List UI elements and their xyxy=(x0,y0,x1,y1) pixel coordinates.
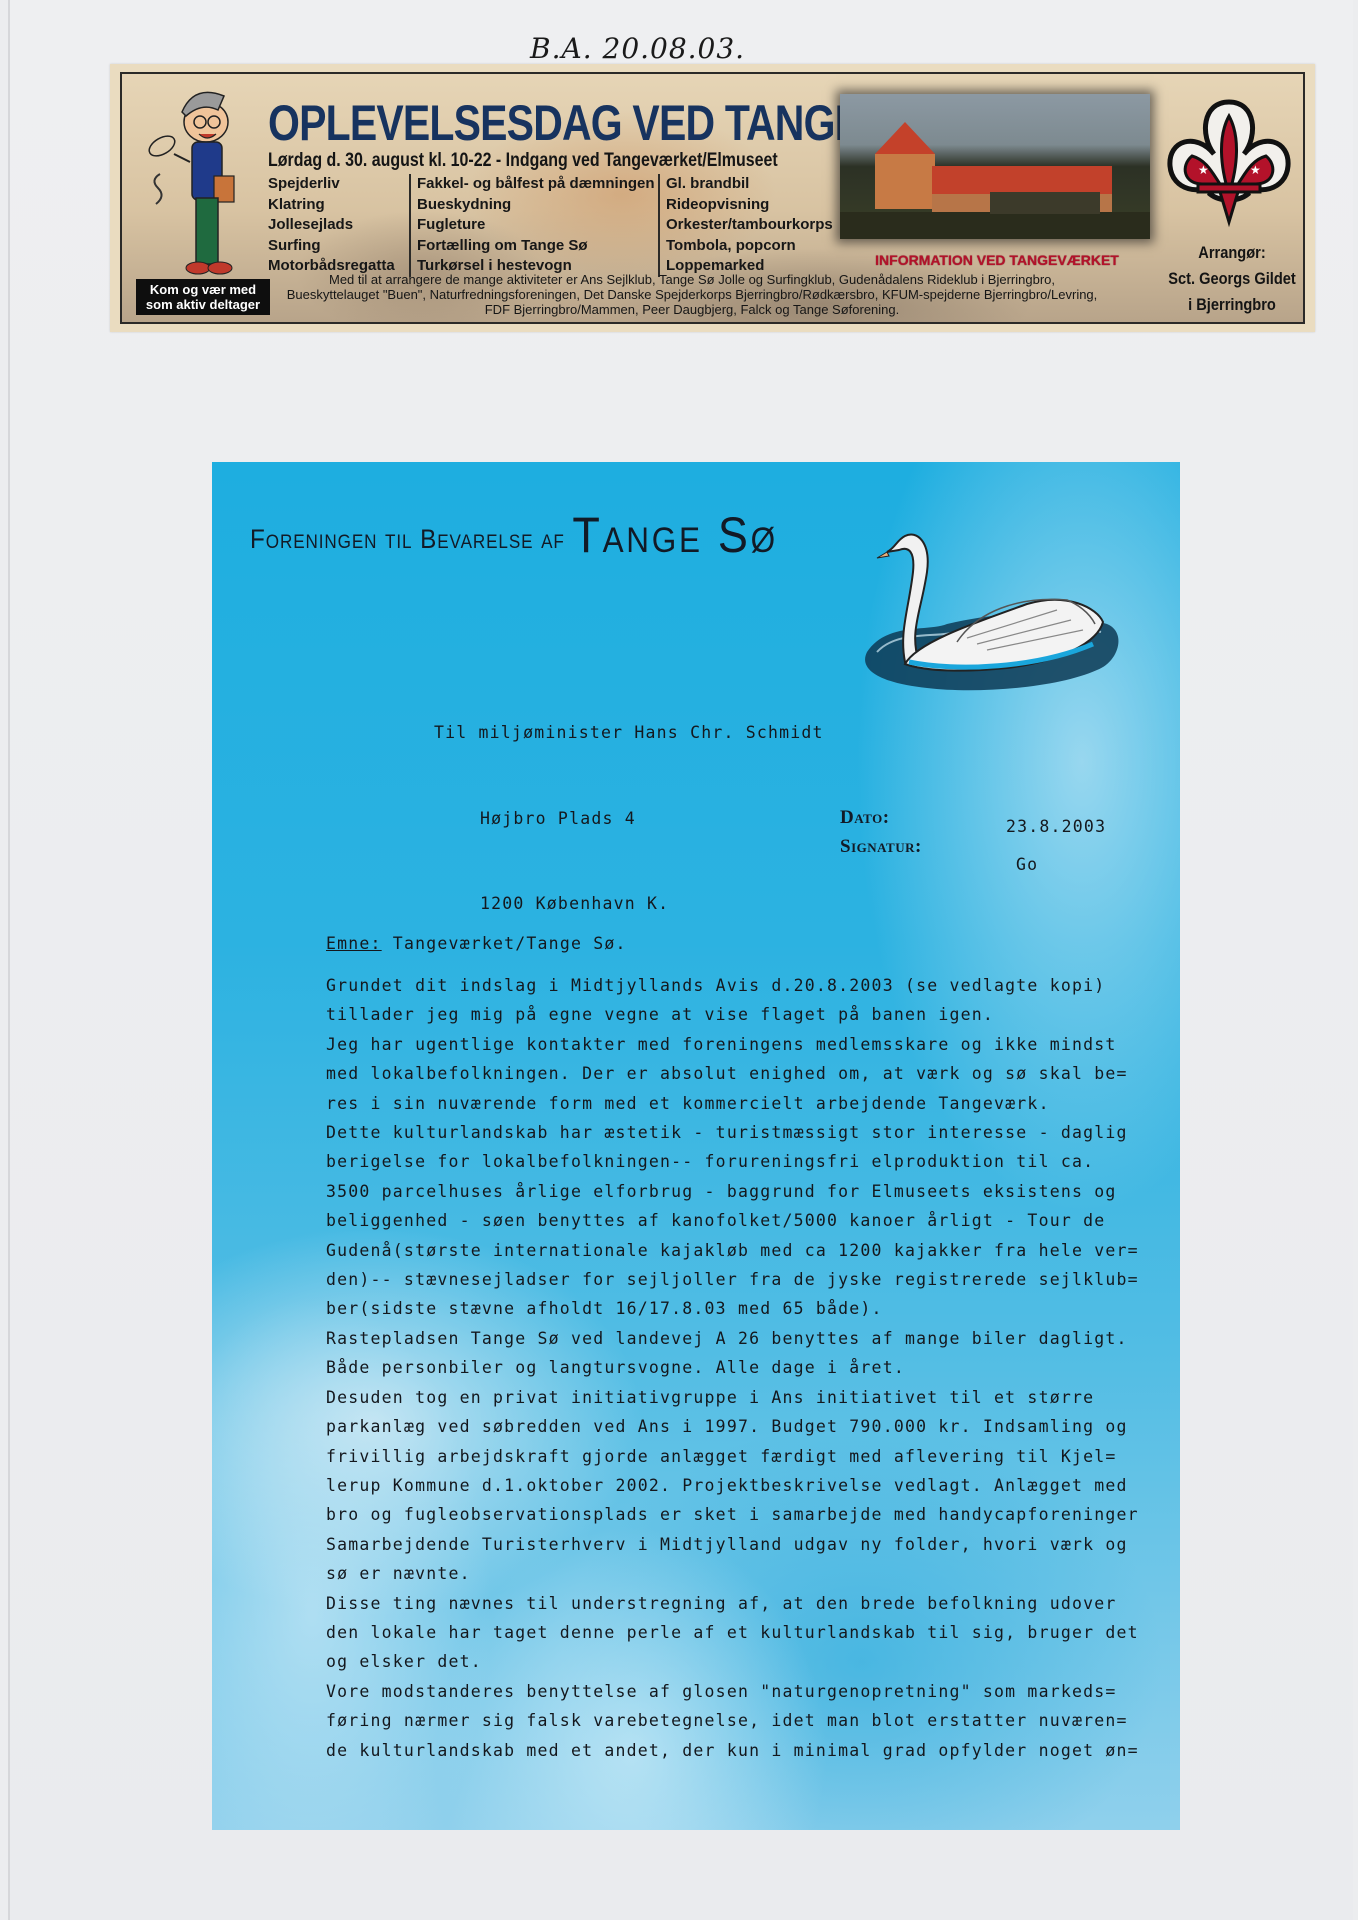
organizer-block: Arrangør: Sct. Georgs Gildet i Bjerringb… xyxy=(1163,240,1301,318)
body-line: føring nærmer sig falsk varebetegnelse, … xyxy=(326,1706,1139,1735)
activity-item: Jollesejlads xyxy=(268,215,395,236)
body-line: 3500 parcelhuses årlige elforbrug - bagg… xyxy=(326,1177,1139,1206)
scout-cartoon-icon xyxy=(144,84,254,284)
subject-label: Emne: xyxy=(326,934,382,953)
ad-note-line: FDF Bjerringbro/Mammen, Peer Daugbjerg, … xyxy=(252,302,1132,317)
activity-item: Tombola, popcorn xyxy=(666,236,833,257)
activity-item: Spejderliv xyxy=(268,174,395,195)
body-line: Både personbiler og langtursvogne. Alle … xyxy=(326,1353,1139,1382)
subject-value: Tangeværket/Tange Sø. xyxy=(382,934,627,953)
date-value: 23.8.2003 xyxy=(1006,817,1106,836)
swan-icon xyxy=(857,512,1127,712)
recipient-street: Højbro Plads 4 xyxy=(434,805,824,834)
body-line: ber(sidste stævne afholdt 16/17.8.03 med… xyxy=(326,1294,1139,1323)
recipient-address: Til miljøminister Hans Chr. Schmidt Højb… xyxy=(434,662,824,976)
activity-item: Klatring xyxy=(268,195,395,216)
activity-item: Fakkel- og bålfest på dæmningen xyxy=(417,174,655,195)
body-line: lerup Kommune d.1.oktober 2002. Projektb… xyxy=(326,1471,1139,1500)
activities-column: Fakkel- og bålfest på dæmningen Bueskydn… xyxy=(409,174,655,277)
ad-subtitle: Lørdag d. 30. august kl. 10-22 - Indgang… xyxy=(268,150,778,172)
ad-note: Med til at arrangere de mange aktivitete… xyxy=(252,272,1132,317)
signature-label: Signatur: xyxy=(840,836,922,858)
body-line: Rastepladsen Tange Sø ved landevej A 26 … xyxy=(326,1324,1139,1353)
organizer-label: Arrangør: xyxy=(1163,240,1301,266)
organizer-name: Sct. Georgs Gildet xyxy=(1163,266,1301,292)
body-line: de kulturlandskab med et andet, der kun … xyxy=(326,1736,1139,1765)
activity-item: Rideopvisning xyxy=(666,195,833,216)
scrapbook-page: B.A. 20.08.03. Kom og vær med so xyxy=(8,0,1353,1920)
subject-line: Emne: Tangeværket/Tange Sø. xyxy=(326,934,627,953)
body-line: Desuden tog en privat initiativgruppe i … xyxy=(326,1383,1139,1412)
date-label: Dato: xyxy=(840,807,890,829)
recipient-name: Til miljøminister Hans Chr. Schmidt xyxy=(434,719,824,748)
body-line: parkanlæg ved søbredden ved Ans i 1997. … xyxy=(326,1412,1139,1441)
svg-text:★: ★ xyxy=(1198,163,1209,177)
body-line: med lokalbefolkningen. Der er absolut en… xyxy=(326,1059,1139,1088)
activity-item: Bueskydning xyxy=(417,195,655,216)
body-line: tillader jeg mig på egne vegne at vise f… xyxy=(326,1000,1139,1029)
body-line: sø er nævnte. xyxy=(326,1559,1139,1588)
body-line: beliggenhed - søen benyttes af kanofolke… xyxy=(326,1206,1139,1235)
activity-item: Orkester/tambourkorps xyxy=(666,215,833,236)
body-line: Jeg har ugentlige kontakter med forening… xyxy=(326,1030,1139,1059)
clipping-frame: Kom og vær med som aktiv deltager OPLEVE… xyxy=(120,72,1305,324)
newspaper-clipping: Kom og vær med som aktiv deltager OPLEVE… xyxy=(110,64,1315,332)
signature-value: Go xyxy=(1016,855,1038,874)
svg-text:★: ★ xyxy=(1250,163,1261,177)
body-line: Disse ting nævnes til understregning af,… xyxy=(326,1589,1139,1618)
body-line: Vore modstanderes benyttelse af glosen "… xyxy=(326,1677,1139,1706)
organizer-location: i Bjerringbro xyxy=(1163,292,1301,318)
activity-item: Fugleture xyxy=(417,215,655,236)
letterhead: Foreningen til Bevarelse af Tange Sø xyxy=(250,506,778,564)
body-line: frivillig arbejdskraft gjorde anlægget f… xyxy=(326,1442,1139,1471)
fleur-de-lis-emblem-icon: ★ ★ xyxy=(1162,96,1297,231)
body-line: bro og fugleobservationsplads er sket i … xyxy=(326,1500,1139,1529)
activity-item: Fortælling om Tange Sø xyxy=(417,236,655,257)
letter-page: Foreningen til Bevarelse af Tange Sø Til… xyxy=(212,462,1180,1830)
body-line: Grundet dit indslag i Midtjyllands Avis … xyxy=(326,971,1139,1000)
ad-note-line: Med til at arrangere de mange aktivitete… xyxy=(252,272,1132,287)
body-line: den lokale har taget denne perle af et k… xyxy=(326,1618,1139,1647)
join-badge: Kom og vær med som aktiv deltager xyxy=(136,279,270,315)
ad-title: OPLEVELSESDAG VED TANGE SØ xyxy=(268,94,929,152)
letterhead-small: Foreningen til Bevarelse af xyxy=(250,524,565,554)
body-line: den)-- stævnesejladser for sejljoller fr… xyxy=(326,1265,1139,1294)
body-line: og elsker det. xyxy=(326,1647,1139,1676)
letter-body: Grundet dit indslag i Midtjyllands Avis … xyxy=(326,971,1139,1765)
letterhead-big: Tange Sø xyxy=(572,507,777,563)
activity-item: Surfing xyxy=(268,236,395,257)
handwritten-annotation: B.A. 20.08.03. xyxy=(530,32,745,65)
body-line: Dette kulturlandskab har æstetik - turis… xyxy=(326,1118,1139,1147)
body-line: Gudenå(største internationale kajakløb m… xyxy=(326,1236,1139,1265)
activity-item: Gl. brandbil xyxy=(666,174,833,195)
activities-column: Spejderliv Klatring Jollesejlads Surfing… xyxy=(268,174,395,277)
join-badge-line: Kom og vær med xyxy=(136,282,270,297)
activities-column: Gl. brandbil Rideopvisning Orkester/tamb… xyxy=(658,174,833,277)
building-icon xyxy=(840,94,1150,239)
body-line: res i sin nuværende form med et kommerci… xyxy=(326,1089,1139,1118)
photo-caption: INFORMATION VED TANGEVÆRKET xyxy=(842,252,1152,268)
ad-note-line: Bueskyttelauget "Buen", Naturfredningsfo… xyxy=(252,287,1132,302)
tangevaerket-photo xyxy=(840,94,1150,239)
body-line: berigelse for lokalbefolkningen-- forure… xyxy=(326,1147,1139,1176)
body-line: Samarbejdende Turisterhverv i Midtjyllan… xyxy=(326,1530,1139,1559)
join-badge-line: som aktiv deltager xyxy=(136,297,270,312)
recipient-city: 1200 København K. xyxy=(434,890,824,919)
